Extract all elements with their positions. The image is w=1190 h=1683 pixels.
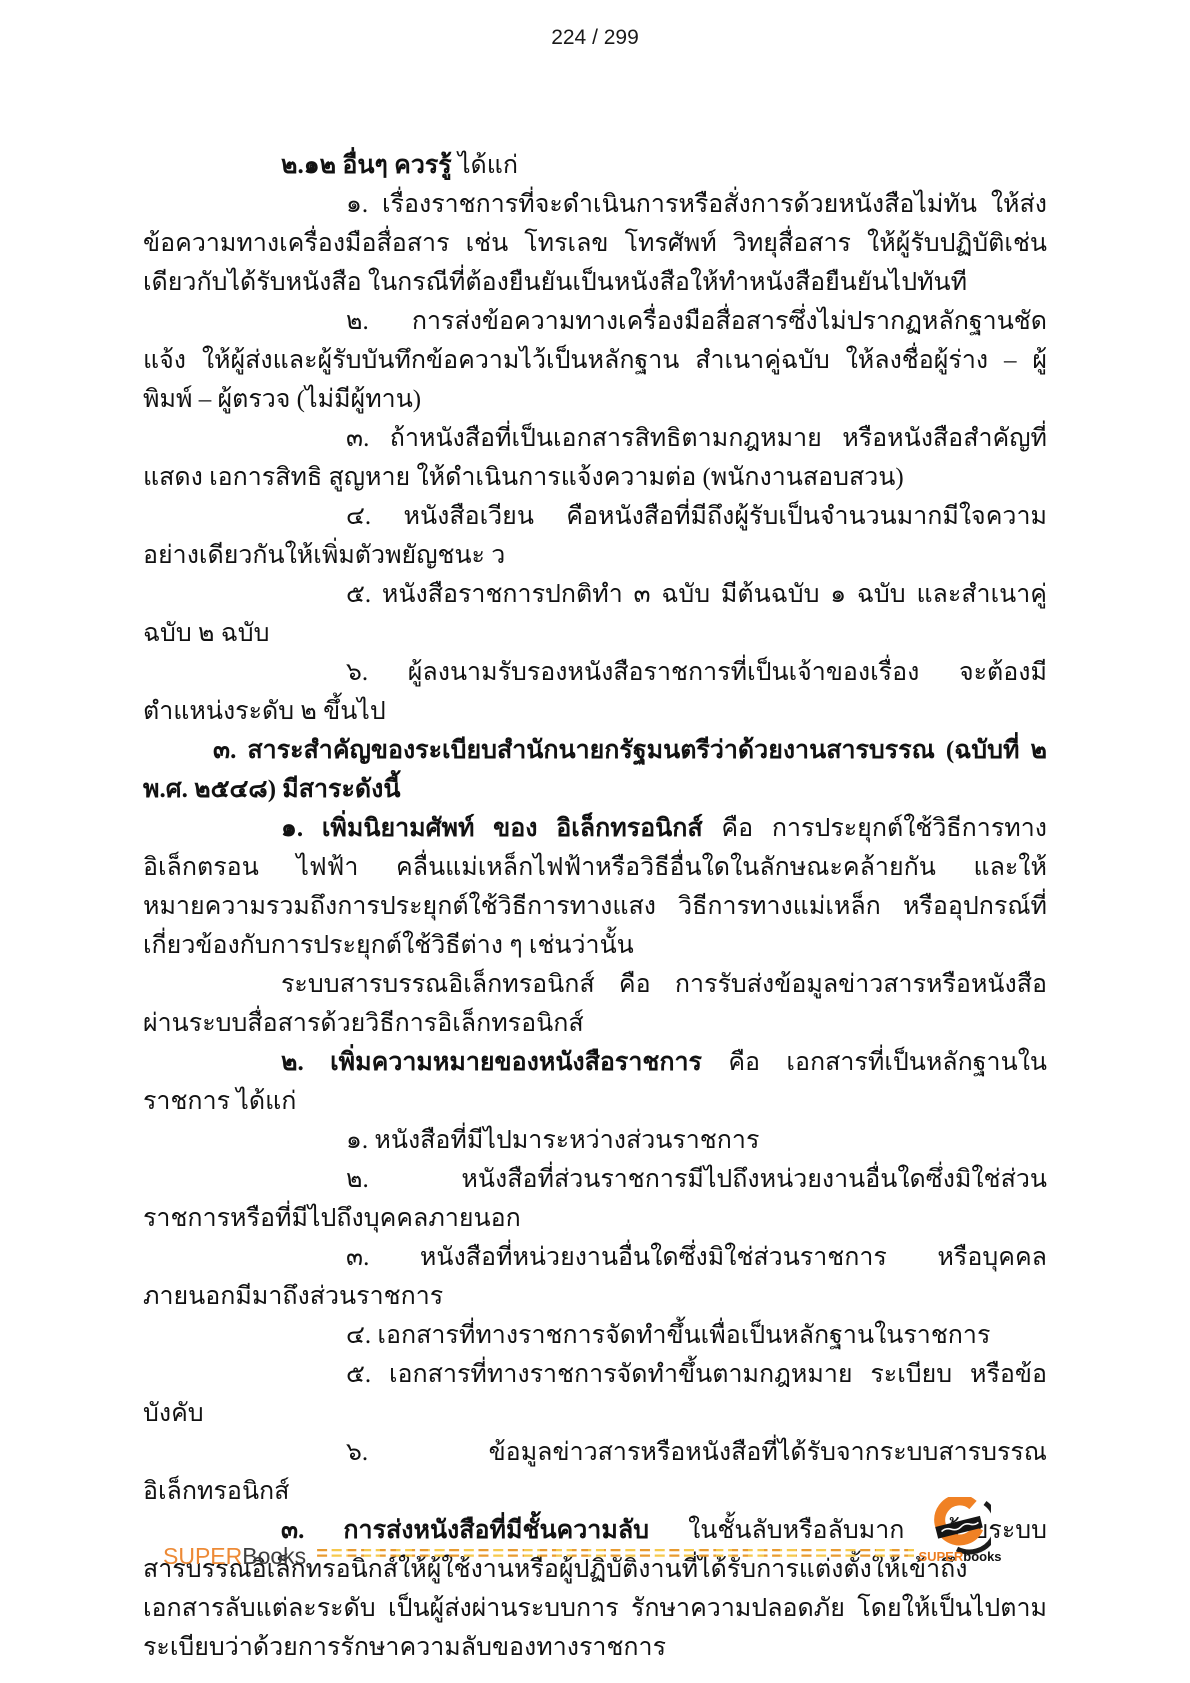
superbooks-logo-icon [929, 1497, 991, 1555]
text: ๒. หนังสือที่ส่วนราชการมีไปถึงหน่วยงานอื… [143, 1166, 1047, 1232]
bold-text: ๒. เพิ่มความหมายของหนังสือราชการ [281, 1049, 702, 1076]
footer-brand-right-super: SUPER [918, 1549, 963, 1564]
bold-text: ๑. เพิ่มนิยามศัพท์ ของ อิเล็กทรอนิกส์ [281, 815, 703, 842]
bold-text: ๓. สาระสำคัญของระเบียบสำนักนายกรัฐมนตรีว… [143, 737, 1047, 803]
text: ๒. การส่งข้อความทางเครื่องมือสื่อสารซึ่ง… [143, 308, 1047, 413]
paragraph: ๑. หนังสือที่มีไปมาระหว่างส่วนราชการ [143, 1121, 1047, 1160]
paragraph: ๒.๑๒ อื่นๆ ควรรู้ ได้แก่ [143, 146, 1047, 185]
paragraph: ๓. การส่งหนังสือที่มีชั้นความลับ ในชั้นล… [143, 1511, 1047, 1667]
text: ๓. หนังสือที่หน่วยงานอื่นใดซึ่งมิใช่ส่วน… [143, 1244, 1047, 1310]
text: ๓. ถ้าหนังสือที่เป็นเอกสารสิทธิตามกฎหมาย… [143, 425, 1047, 491]
paragraph: ๕. หนังสือราชการปกติทำ ๓ ฉบับ มีต้นฉบับ … [143, 575, 1047, 653]
footer-brand-right-books: books [963, 1549, 1001, 1564]
paragraph: ระบบสารบรรณอิเล็กทรอนิกส์ คือ การรับส่งข… [143, 965, 1047, 1043]
footer-brand-left-super: SUPER [163, 1543, 242, 1569]
text: ๑. หนังสือที่มีไปมาระหว่างส่วนราชการ [346, 1127, 759, 1154]
paragraph: ๖. ข้อมูลข่าวสารหรือหนังสือที่ได้รับจากร… [143, 1433, 1047, 1511]
paragraph: ๒. การส่งข้อความทางเครื่องมือสื่อสารซึ่ง… [143, 302, 1047, 419]
footer-brand-left-books: Books [242, 1543, 306, 1569]
text: ๑. เรื่องราชการที่จะดำเนินการหรือสั่งการ… [143, 191, 1047, 296]
footer: SUPERBooks =============================… [163, 1536, 998, 1576]
text: ๖. ผู้ลงนามรับรองหนังสือราชการที่เป็นเจ้… [143, 659, 1047, 725]
paragraph: ๓. หนังสือที่หน่วยงานอื่นใดซึ่งมิใช่ส่วน… [143, 1238, 1047, 1316]
text: ๔. เอกสารที่ทางราชการจัดทำขึ้นเพื่อเป็นห… [346, 1322, 990, 1349]
bold-text: ๒.๑๒ อื่นๆ ควรรู้ [281, 152, 452, 179]
paragraph: ๑. เพิ่มนิยามศัพท์ ของ อิเล็กทรอนิกส์ คื… [143, 809, 1047, 965]
paragraph: ๒. เพิ่มความหมายของหนังสือราชการ คือ เอก… [143, 1043, 1047, 1121]
document-body: ๒.๑๒ อื่นๆ ควรรู้ ได้แก่๑. เรื่องราชการท… [143, 146, 1047, 1667]
text: ๕. หนังสือราชการปกติทำ ๓ ฉบับ มีต้นฉบับ … [143, 581, 1047, 647]
text: ระบบสารบรรณอิเล็กทรอนิกส์ คือ การรับส่งข… [143, 971, 1047, 1037]
text: ๔. หนังสือเวียน คือหนังสือที่มีถึงผู้รับ… [143, 503, 1047, 569]
text: ได้แก่ [452, 152, 518, 179]
paragraph: ๒. หนังสือที่ส่วนราชการมีไปถึงหน่วยงานอื… [143, 1160, 1047, 1238]
paragraph: ๕. เอกสารที่ทางราชการจัดทำขึ้นตามกฎหมาย … [143, 1355, 1047, 1433]
paragraph: ๖. ผู้ลงนามรับรองหนังสือราชการที่เป็นเจ้… [143, 653, 1047, 731]
paragraph: ๔. เอกสารที่ทางราชการจัดทำขึ้นเพื่อเป็นห… [143, 1316, 1047, 1355]
page-number: 224 / 299 [0, 26, 1190, 50]
text: ๕. เอกสารที่ทางราชการจัดทำขึ้นตามกฎหมาย … [143, 1361, 1047, 1427]
superbooks-logo: SUPERbooks [922, 1497, 998, 1564]
paragraph: ๓. สาระสำคัญของระเบียบสำนักนายกรัฐมนตรีว… [143, 731, 1047, 809]
paragraph: ๔. หนังสือเวียน คือหนังสือที่มีถึงผู้รับ… [143, 497, 1047, 575]
text: ๖. ข้อมูลข่าวสารหรือหนังสือที่ได้รับจากร… [143, 1439, 1047, 1505]
footer-separator-line: ========================================… [316, 1543, 914, 1569]
footer-brand-left: SUPERBooks [163, 1543, 306, 1570]
paragraph: ๑. เรื่องราชการที่จะดำเนินการหรือสั่งการ… [143, 185, 1047, 302]
footer-brand-right: SUPERbooks [918, 1549, 1001, 1564]
paragraph: ๓. ถ้าหนังสือที่เป็นเอกสารสิทธิตามกฎหมาย… [143, 419, 1047, 497]
